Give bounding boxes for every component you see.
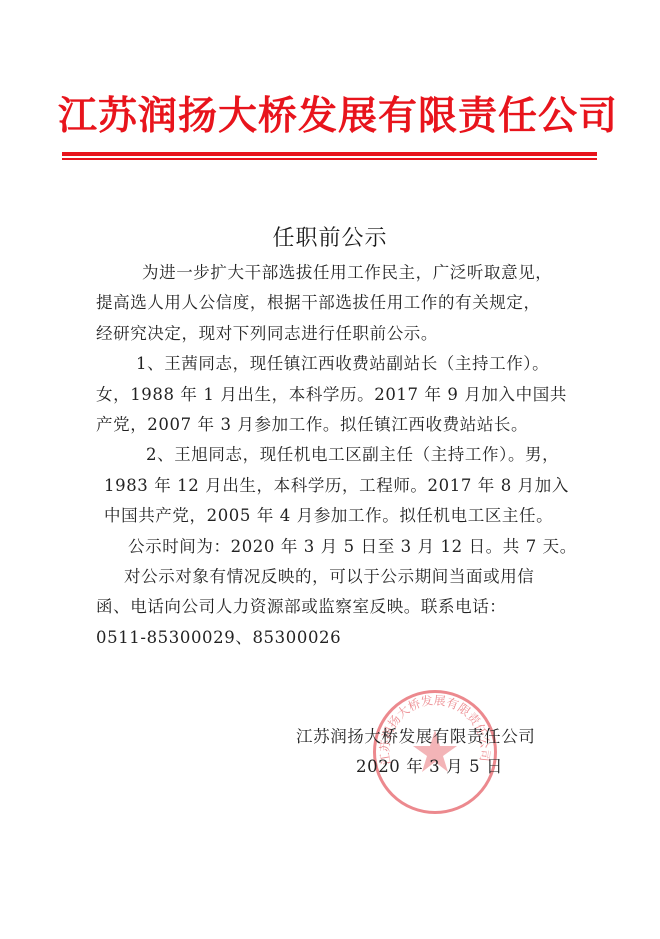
letterhead-rule-thin (62, 158, 597, 160)
candidate-2-line-2: 1983 年 12 月出生，本科学历，工程师。2017 年 8 月加入 (104, 471, 576, 501)
contact-phone: 0511-85300029、85300026 (96, 623, 576, 653)
feedback-line-1: 对公示对象有情况反映的，可以于公示期间当面或用信 (106, 562, 576, 592)
candidate-1-line-3: 产党，2007 年 3 月参加工作。拟任镇江西收费站站长。 (96, 410, 576, 440)
paragraph-intro-line-1: 为进一步扩大干部选拔任用工作民主，广泛听取意见， (106, 258, 576, 288)
document-title: 任职前公示 (0, 222, 660, 256)
paragraph-intro-line-2: 提高选人用人公信度，根据干部选拔任用工作的有关规定， (96, 288, 576, 318)
feedback-line-2: 函、电话向公司人力资源部或监察室反映。联系电话： (96, 592, 576, 622)
notice-period: 公示时间为：2020 年 3 月 5 日至 3 月 12 日。共 7 天。 (106, 532, 576, 562)
signature-date: 2020 年 3 月 5 日 (296, 752, 556, 782)
signature-company: 江苏润扬大桥发展有限责任公司 (296, 722, 556, 752)
candidate-2-line-1: 2、王旭同志，现任机电工区副主任（主持工作）。男， (106, 440, 576, 470)
document-body: 为进一步扩大干部选拔任用工作民主，广泛听取意见， 提高选人用人公信度，根据干部选… (106, 258, 576, 653)
letterhead-title: 江苏润扬大桥发展有限责任公司 (58, 88, 598, 144)
signature-block: 江苏润扬大桥发展有限责任公司 2020 年 3 月 5 日 (296, 722, 556, 782)
candidate-1-line-1: 1、王茜同志，现任镇江西收费站副站长（主持工作）。 (106, 349, 576, 379)
candidate-1-line-2: 女，1988 年 1 月出生，本科学历。2017 年 9 月加入中国共 (96, 380, 576, 410)
candidate-2-line-3: 中国共产党，2005 年 4 月参加工作。拟任机电工区主任。 (104, 501, 576, 531)
paragraph-intro-line-3: 经研究决定，现对下列同志进行任职前公示。 (96, 319, 576, 349)
letterhead-rule-thick (62, 152, 597, 156)
